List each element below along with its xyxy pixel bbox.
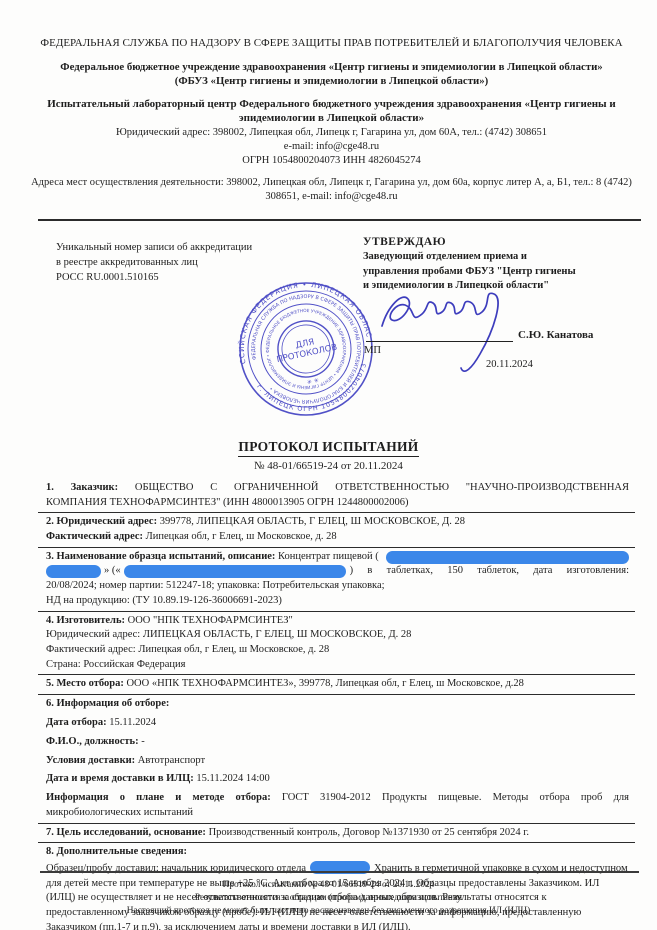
section-label: 2. Юридический адрес: bbox=[46, 516, 157, 527]
approver-position: управления пробами ФБУЗ "Центр гигиены bbox=[363, 265, 643, 280]
footer-line3: Настоящий протокол не может быть частичн… bbox=[0, 905, 657, 918]
signature-line bbox=[366, 341, 513, 342]
row-label: Ф.И.О., должность: bbox=[46, 736, 139, 747]
approver-position: Заведующий отделением приема и bbox=[363, 250, 643, 265]
row-value: Автотранспорт bbox=[138, 755, 205, 766]
section-label: 8. Дополнительные сведения: bbox=[46, 846, 187, 857]
sampling-place-value: ООО «НПК ТЕХНОФАРМСИНТЕЗ», 399778, Липец… bbox=[126, 678, 523, 689]
plan-label: Информация о плане и методе отбора: bbox=[46, 792, 271, 803]
manufacturer-fact-label: Фактический адрес: bbox=[46, 644, 136, 655]
organization-name: Федеральное бюджетное учреждение здравоо… bbox=[28, 60, 635, 74]
redaction-bar bbox=[386, 551, 629, 564]
organization-abbr: (ФБУЗ «Центр гигиены и эпидемиологии в Л… bbox=[28, 74, 635, 88]
activity-addresses: Адреса мест осуществления деятельности: … bbox=[28, 176, 635, 204]
row-value: 15.11.2024 bbox=[109, 717, 156, 728]
footer: Протокол испытаний № 48-01/66519-24 от 2… bbox=[0, 879, 657, 919]
protocol-sections: 1. Заказчик: ОБЩЕСТВО С ОГРАНИЧЕННОЙ ОТВ… bbox=[46, 481, 629, 930]
protocol-title: ПРОТОКОЛ ИСПЫТАНИЙ bbox=[238, 439, 418, 457]
redaction-bar bbox=[124, 565, 346, 578]
section-purpose: 7. Цель исследований, основание: Произво… bbox=[46, 826, 629, 841]
fact-address-value: Липецкая обл, г Елец, ш Московское, д. 2… bbox=[146, 531, 337, 542]
row-value: 15.11.2024 14:00 bbox=[196, 773, 269, 784]
email: e-mail: info@cge48.ru bbox=[28, 140, 635, 154]
section-label: 5. Место отбора: bbox=[46, 678, 124, 689]
approver-name: С.Ю. Канатова bbox=[518, 329, 593, 341]
mp-label: МП bbox=[364, 345, 381, 356]
sample-nd: НД на продукцию: (ТУ 10.89.19-126-360066… bbox=[46, 594, 629, 609]
section-sampling-info: 6. Информация об отборе: Дата отбора: 15… bbox=[46, 697, 629, 821]
ogrn-inn: ОГРН 1054800204073 ИНН 4826045274 bbox=[28, 154, 635, 168]
row-label: Условия доставки: bbox=[46, 755, 135, 766]
sample-text-4: 20/08/2024; номер партии: 512247-18; упа… bbox=[46, 579, 629, 594]
plan-line1: ГОСТ 31904-2012 Продукты пищевые. Методы… bbox=[282, 792, 629, 803]
customer-name-line1: ОБЩЕСТВО С ОГРАНИЧЕННОЙ ОТВЕТСТВЕННОСТЬЮ… bbox=[135, 482, 629, 493]
protocol-document-page: ФЕДЕРАЛЬНАЯ СЛУЖБА ПО НАДЗОРУ В СФЕРЕ ЗА… bbox=[0, 0, 657, 930]
section-legal-address: 2. Юридический адрес: 399778, ЛИПЕЦКАЯ О… bbox=[46, 515, 629, 544]
testing-center-name: Испытательный лабораторный центр Федерал… bbox=[28, 97, 635, 126]
purpose-value: Производственный контроль, Договор №1371… bbox=[209, 827, 530, 838]
sample-text-1: Концентрат пищевой ( bbox=[278, 551, 379, 562]
agency-name: ФЕДЕРАЛЬНАЯ СЛУЖБА ПО НАДЗОРУ В СФЕРЕ ЗА… bbox=[28, 36, 635, 51]
manufacturer-fact-value: Липецкая обл, г Елец, ш Московское, д. 2… bbox=[138, 644, 329, 655]
footer-line1: Протокол испытаний № 48-01/66519-24 от 2… bbox=[0, 879, 657, 892]
section-sample: 3. Наименование образца испытаний, описа… bbox=[46, 550, 629, 609]
approval-zone: Уникальный номер записи об аккредитации … bbox=[0, 228, 657, 436]
header-separator bbox=[38, 219, 641, 221]
manufacturer-legal-value: ЛИПЕЦКАЯ ОБЛАСТЬ, Г ЕЛЕЦ, Ш МОСКОВСКОЕ, … bbox=[143, 629, 412, 640]
customer-name-line2: КОМПАНИЯ ТЕХНОФАРМСИНТЕЗ" (ИНН 480001390… bbox=[46, 496, 629, 511]
section-label: 1. Заказчик: bbox=[46, 482, 118, 493]
accreditation-block: Уникальный номер записи об аккредитации … bbox=[56, 240, 252, 286]
row-label: Дата и время доставки в ИЛЦ: bbox=[46, 773, 194, 784]
section-label: 4. Изготовитель: bbox=[46, 615, 125, 626]
accreditation-number: РОСС RU.0001.510165 bbox=[56, 270, 252, 285]
fact-address-label: Фактический адрес: bbox=[46, 531, 143, 542]
sample-text-2: » (« bbox=[104, 564, 121, 579]
manufacturer-name: ООО "НПК ТЕХНОФАРМСИНТЕЗ" bbox=[128, 615, 293, 626]
approve-label: УТВЕРЖДАЮ bbox=[363, 234, 643, 250]
row-label: Дата отбора: bbox=[46, 717, 107, 728]
manufacturer-legal-label: Юридический адрес: bbox=[46, 629, 140, 640]
section-label: 6. Информация об отборе: bbox=[46, 698, 169, 709]
row-value: - bbox=[141, 736, 145, 747]
section-sampling-place: 5. Место отбора: ООО «НПК ТЕХНОФАРМСИНТЕ… bbox=[46, 677, 629, 692]
country-label: Страна: bbox=[46, 659, 81, 670]
protocol-number: № 48-01/66519-24 от 20.11.2024 bbox=[0, 460, 657, 472]
section-label: 3. Наименование образца испытаний, описа… bbox=[46, 551, 275, 562]
plan-line2: микробиологических испытаний bbox=[46, 806, 629, 821]
legal-address-value: 399778, ЛИПЕЦКАЯ ОБЛАСТЬ, Г ЕЛЕЦ, Ш МОСК… bbox=[160, 516, 465, 527]
protocol-title-block: ПРОТОКОЛ ИСПЫТАНИЙ № 48-01/66519-24 от 2… bbox=[0, 438, 657, 472]
legal-address: Юридический адрес: 398002, Липецкая обл,… bbox=[28, 126, 635, 140]
country-value: Российская Федерация bbox=[83, 659, 185, 670]
accreditation-line: в реестре аккредитованных лиц bbox=[56, 255, 252, 270]
accreditation-line: Уникальный номер записи об аккредитации bbox=[56, 240, 252, 255]
round-stamp-icon: РОССИЙСКАЯ ФЕДЕРАЦИЯ • ЛИПЕЦКАЯ ОБЛАСТЬ … bbox=[226, 272, 386, 430]
section-label: 7. Цель исследований, основание: bbox=[46, 827, 206, 838]
approval-date: 20.11.2024 bbox=[486, 359, 533, 370]
redaction-bar bbox=[46, 565, 101, 578]
letterhead: ФЕДЕРАЛЬНАЯ СЛУЖБА ПО НАДЗОРУ В СФЕРЕ ЗА… bbox=[28, 36, 635, 204]
section-manufacturer: 4. Изготовитель: ООО "НПК ТЕХНОФАРМСИНТЕ… bbox=[46, 614, 629, 673]
footer-line2: Результаты относятся к образцам (пробам)… bbox=[0, 892, 657, 905]
footer-separator bbox=[40, 871, 639, 873]
section-customer: 1. Заказчик: ОБЩЕСТВО С ОГРАНИЧЕННОЙ ОТВ… bbox=[46, 481, 629, 510]
sample-text-3: ) в таблетках, 150 таблеток, дата изгото… bbox=[350, 564, 629, 579]
